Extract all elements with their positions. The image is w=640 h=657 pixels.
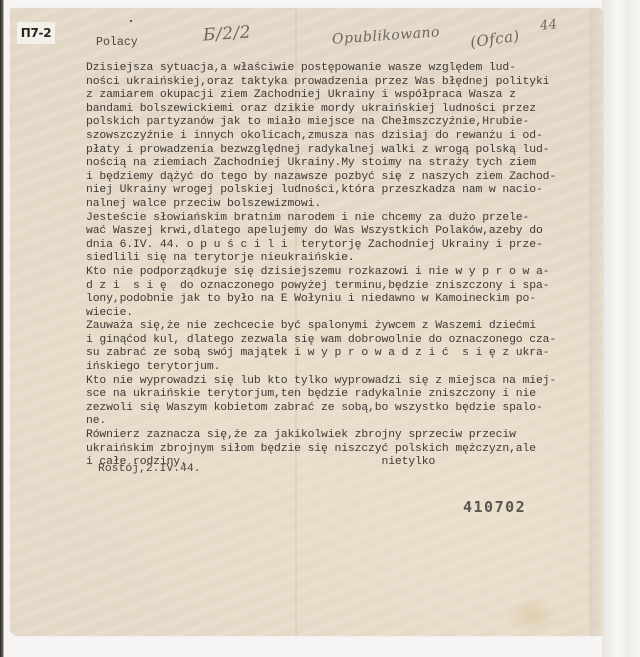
text-line: ukraińskim zbrojnym siłom będzie się nis… bbox=[86, 443, 616, 457]
handwritten-reference: Б/2/2 bbox=[202, 22, 251, 45]
document-title: Polacy bbox=[96, 36, 138, 49]
text-line: ne. bbox=[86, 415, 616, 429]
text-line: i ginąćod kul, dlatego zezwala się wam d… bbox=[86, 334, 616, 348]
text-line: su zabrać ze sobą swój majątek i w y p r… bbox=[86, 347, 616, 361]
text-line: z zamiarem okupacji ziem Zachodniej Ukra… bbox=[86, 89, 616, 103]
text-line: szowszczyźnie i innych okolicach,zmusza … bbox=[86, 130, 616, 144]
text-line: Dzisiejsza sytuacja,a właściwie postępow… bbox=[86, 62, 616, 76]
text-line: d z i s i ę do oznaczonego powyżej termi… bbox=[86, 280, 616, 294]
text-line: płaty i prowadzenia bezwzględnej radykal… bbox=[86, 144, 616, 158]
text-line: nalnej walce przeciw bolszewizmowi. bbox=[86, 198, 616, 212]
handwritten-number: 44 bbox=[539, 17, 558, 34]
text-line: nością na ziemiach Zachodniej Ukrainy.My… bbox=[86, 157, 616, 171]
place-date: Rostój,2.IV.44. bbox=[98, 463, 201, 475]
text-line: Zauważa się,że nie zechcecie być spalony… bbox=[86, 320, 616, 334]
archive-label: П7-2 bbox=[17, 22, 55, 44]
text-line: zezwoli się Waszym kobietom zabrać ze so… bbox=[86, 402, 616, 416]
text-line: lony,podobnie jak to było na E Wołyniu i… bbox=[86, 293, 616, 307]
text-line: Równierz zaznacza się,że za jakikolwiek … bbox=[86, 429, 616, 443]
paper-stain bbox=[505, 598, 560, 633]
text-line: ińskiego terytorjum. bbox=[86, 361, 616, 375]
text-line: ności ukraińskiej,oraz taktyka prowadzen… bbox=[86, 76, 616, 90]
scanner-edge-left bbox=[0, 0, 4, 657]
text-line: Kto nie wyprowadzi się lub kto tylko wyp… bbox=[86, 375, 616, 389]
text-line: i będziemy dążyć do tego by nazawsze poz… bbox=[86, 171, 616, 185]
text-line: niej Ukrainy wrogej polskiej ludności,kt… bbox=[86, 184, 616, 198]
document-number-stamp: 410702 bbox=[463, 498, 526, 516]
text-line: dnia 6.IV. 44. o p u ś c i l i terytorję… bbox=[86, 239, 616, 253]
text-line: wiecie. bbox=[86, 307, 616, 321]
text-line: Jesteście słowiańskim bratnim narodem i … bbox=[86, 212, 616, 226]
text-line: polskich partyzanów jak to miało miejsce… bbox=[86, 116, 616, 130]
text-line: siedlili się na terytorje nieukraińskie. bbox=[86, 252, 616, 266]
text-line: wać Waszej krwi,dlatego apelujemy do Was… bbox=[86, 225, 616, 239]
text-line: Kto nie podporządkuje się dzisiejszemu r… bbox=[86, 266, 616, 280]
document-body: Dzisiejsza sytuacja,a właściwie postępow… bbox=[86, 62, 616, 470]
ink-speck bbox=[130, 20, 132, 22]
text-line: bandami bolszewickiemi oraz dzikie mordy… bbox=[86, 103, 616, 117]
text-line: sce na ukraińskie terytorjum,ten będzie … bbox=[86, 388, 616, 402]
